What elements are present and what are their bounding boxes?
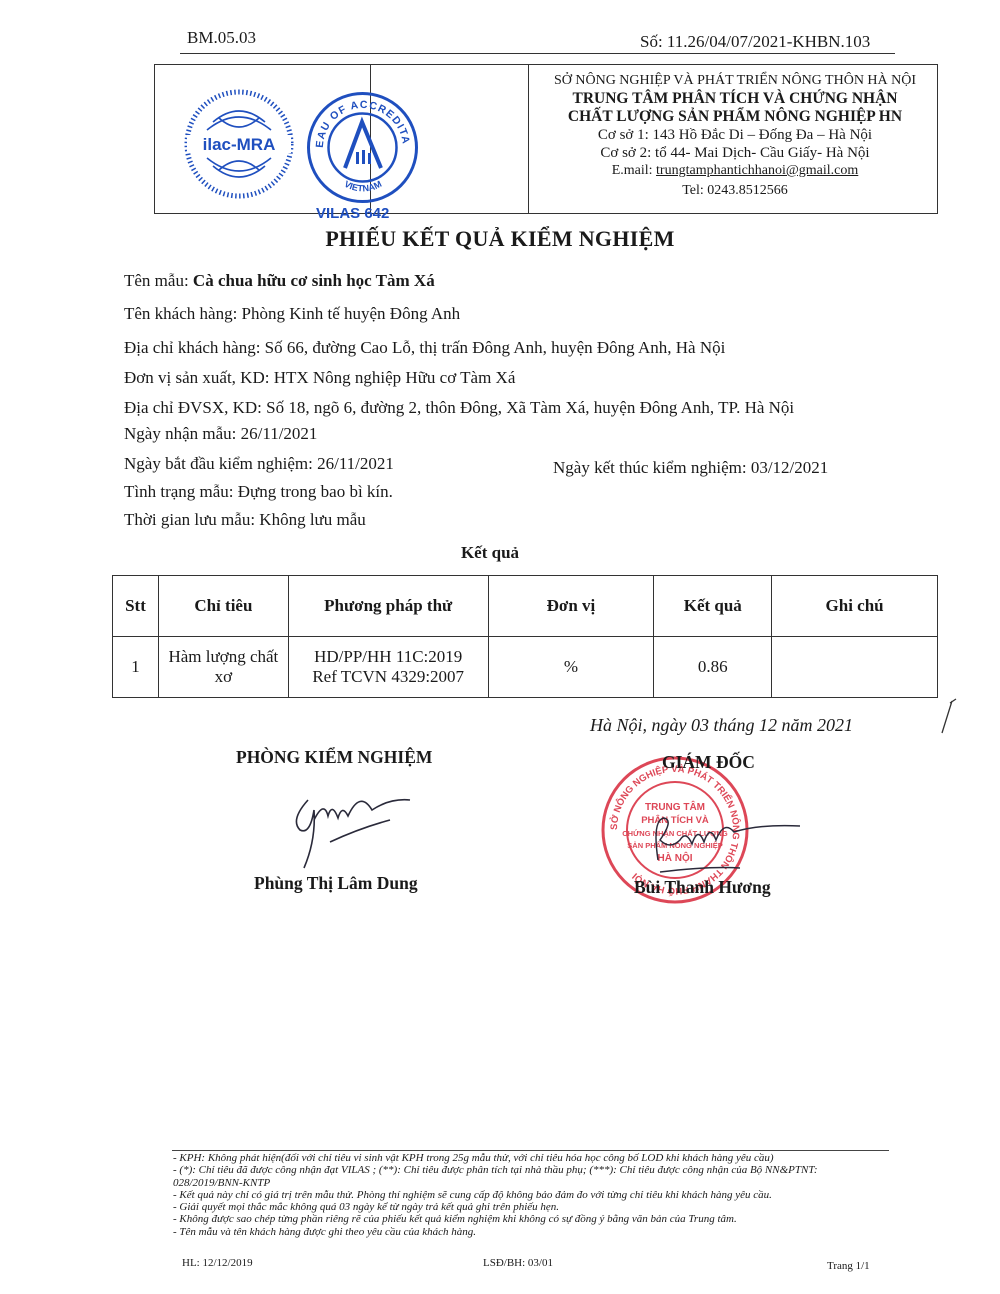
footer-notes: - KPH: Không phát hiện(đối với chỉ tiêu …	[173, 1152, 889, 1238]
sample-retention: Thời gian lưu mẫu: Không lưu mẫu	[124, 510, 366, 530]
cell-criterion: Hàm lượng chấtxơ	[158, 637, 288, 698]
results-title: Kết quả	[0, 543, 980, 563]
org-ministry: SỞ NÔNG NGHIỆP VÀ PHÁT TRIỂN NÔNG THÔN H…	[530, 72, 940, 90]
document-title: PHIẾU KẾT QUẢ KIỂM NGHIỆM	[0, 226, 1000, 252]
organization-info: SỞ NÔNG NGHIỆP VÀ PHÁT TRIỂN NÔNG THÔN H…	[530, 72, 940, 200]
document-number: Số: 11.26/04/07/2021-KHBN.103	[640, 32, 870, 52]
check-mark-icon	[930, 695, 960, 735]
footer-note: - (*): Chỉ tiêu đã được công nhận đạt VI…	[173, 1164, 889, 1189]
header-divider	[528, 64, 529, 214]
bureau-of-accreditation-logo-icon: BUREAU OF ACCREDITATION VIETNAM	[305, 90, 420, 205]
sample-condition: Tình trạng mẫu: Đựng trong bao bì kín.	[124, 482, 393, 502]
lab-department-title: PHÒNG KIỂM NGHIỆM	[236, 747, 432, 768]
cell-note	[772, 637, 938, 698]
lab-signer-name: Phùng Thị Lâm Dung	[254, 873, 418, 894]
test-start-date: Ngày bắt đầu kiểm nghiệm: 26/11/2021	[124, 454, 394, 474]
top-divider	[180, 53, 895, 54]
column-header: Ghi chú	[772, 576, 938, 637]
org-name-line2: CHẤT LƯỢNG SẢN PHẨM NÔNG NGHIỆP HN	[530, 108, 940, 126]
method-line: HD/PP/HH 11C:2019	[290, 647, 487, 667]
footer-note: - Không được sao chép từng phần riêng rẽ…	[173, 1213, 889, 1225]
producer: Đơn vị sản xuất, KD: HTX Nông nghiệp Hữu…	[124, 368, 515, 388]
org-address-2: Cơ sở 2: tổ 44- Mai Dịch- Cầu Giấy- Hà N…	[530, 144, 940, 162]
sample-name: Tên mẫu: Cà chua hữu cơ sinh học Tàm Xá	[124, 271, 435, 291]
customer-name: Tên khách hàng: Phòng Kinh tế huyện Đông…	[124, 304, 460, 324]
column-header: Chỉ tiêu	[158, 576, 288, 637]
customer-address: Địa chỉ khách hàng: Số 66, đường Cao Lỗ,…	[124, 338, 725, 358]
received-date: Ngày nhận mẫu: 26/11/2021	[124, 424, 317, 444]
issue-date: HL: 12/12/2019	[182, 1257, 253, 1269]
footer-note: - Giải quyết mọi thắc mắc không quá 03 n…	[173, 1201, 889, 1213]
column-header: Stt	[113, 576, 159, 637]
revision-code: LSĐ/BH: 03/01	[483, 1257, 553, 1269]
email-link[interactable]: trungtamphantichhanoi@gmail.com	[656, 163, 858, 178]
email-label: E.mail:	[612, 163, 656, 178]
vilas-label: VILAS 642	[316, 205, 389, 222]
form-code: BM.05.03	[187, 28, 256, 48]
cell-unit: %	[488, 637, 654, 698]
column-header: Đơn vị	[488, 576, 654, 637]
signature-icon	[650, 810, 810, 880]
cell-method: HD/PP/HH 11C:2019Ref TCVN 4329:2007	[288, 637, 488, 698]
director-title: GIÁM ĐỐC	[662, 752, 755, 773]
cell-stt: 1	[113, 637, 159, 698]
method-line: Ref TCVN 4329:2007	[290, 667, 487, 687]
org-address-1: Cơ sở 1: 143 Hồ Đắc Di – Đống Đa – Hà Nộ…	[530, 126, 940, 144]
director-name: Bùi Thanh Hương	[634, 877, 771, 898]
ilac-mra-logo-icon: ilac-MRA	[183, 88, 295, 200]
page-number: Trang 1/1	[827, 1260, 870, 1272]
results-table: Stt Chỉ tiêu Phương pháp thử Đơn vị Kết …	[112, 575, 938, 698]
footer-divider	[172, 1150, 889, 1151]
org-email-line: E.mail: trungtamphantichhanoi@gmail.com	[530, 162, 940, 180]
sample-name-label: Tên mẫu:	[124, 271, 193, 290]
sample-name-value: Cà chua hữu cơ sinh học Tàm Xá	[193, 271, 435, 290]
test-end-date: Ngày kết thúc kiểm nghiệm: 03/12/2021	[553, 458, 828, 478]
place-date: Hà Nội, ngày 03 tháng 12 năm 2021	[590, 715, 853, 736]
criterion-line: xơ	[160, 667, 287, 687]
signature-icon	[280, 780, 420, 870]
footer-note: - KPH: Không phát hiện(đối với chỉ tiêu …	[173, 1152, 889, 1164]
producer-address: Địa chỉ ĐVSX, KD: Số 18, ngõ 6, đường 2,…	[124, 398, 794, 418]
column-header: Kết quả	[654, 576, 772, 637]
table-row: 1 Hàm lượng chấtxơ HD/PP/HH 11C:2019Ref …	[113, 637, 938, 698]
cell-result: 0.86	[654, 637, 772, 698]
footer-note: - Kết quả này chỉ có giá trị trên mẫu th…	[173, 1189, 889, 1201]
org-name-line1: TRUNG TÂM PHÂN TÍCH VÀ CHỨNG NHẬN	[530, 90, 940, 108]
org-tel: Tel: 0243.8512566	[530, 182, 940, 200]
table-header-row: Stt Chỉ tiêu Phương pháp thử Đơn vị Kết …	[113, 576, 938, 637]
column-header: Phương pháp thử	[288, 576, 488, 637]
svg-text:ilac-MRA: ilac-MRA	[203, 135, 276, 154]
criterion-line: Hàm lượng chất	[160, 647, 287, 667]
footer-note: - Tên mẫu và tên khách hàng được ghi the…	[173, 1226, 889, 1238]
